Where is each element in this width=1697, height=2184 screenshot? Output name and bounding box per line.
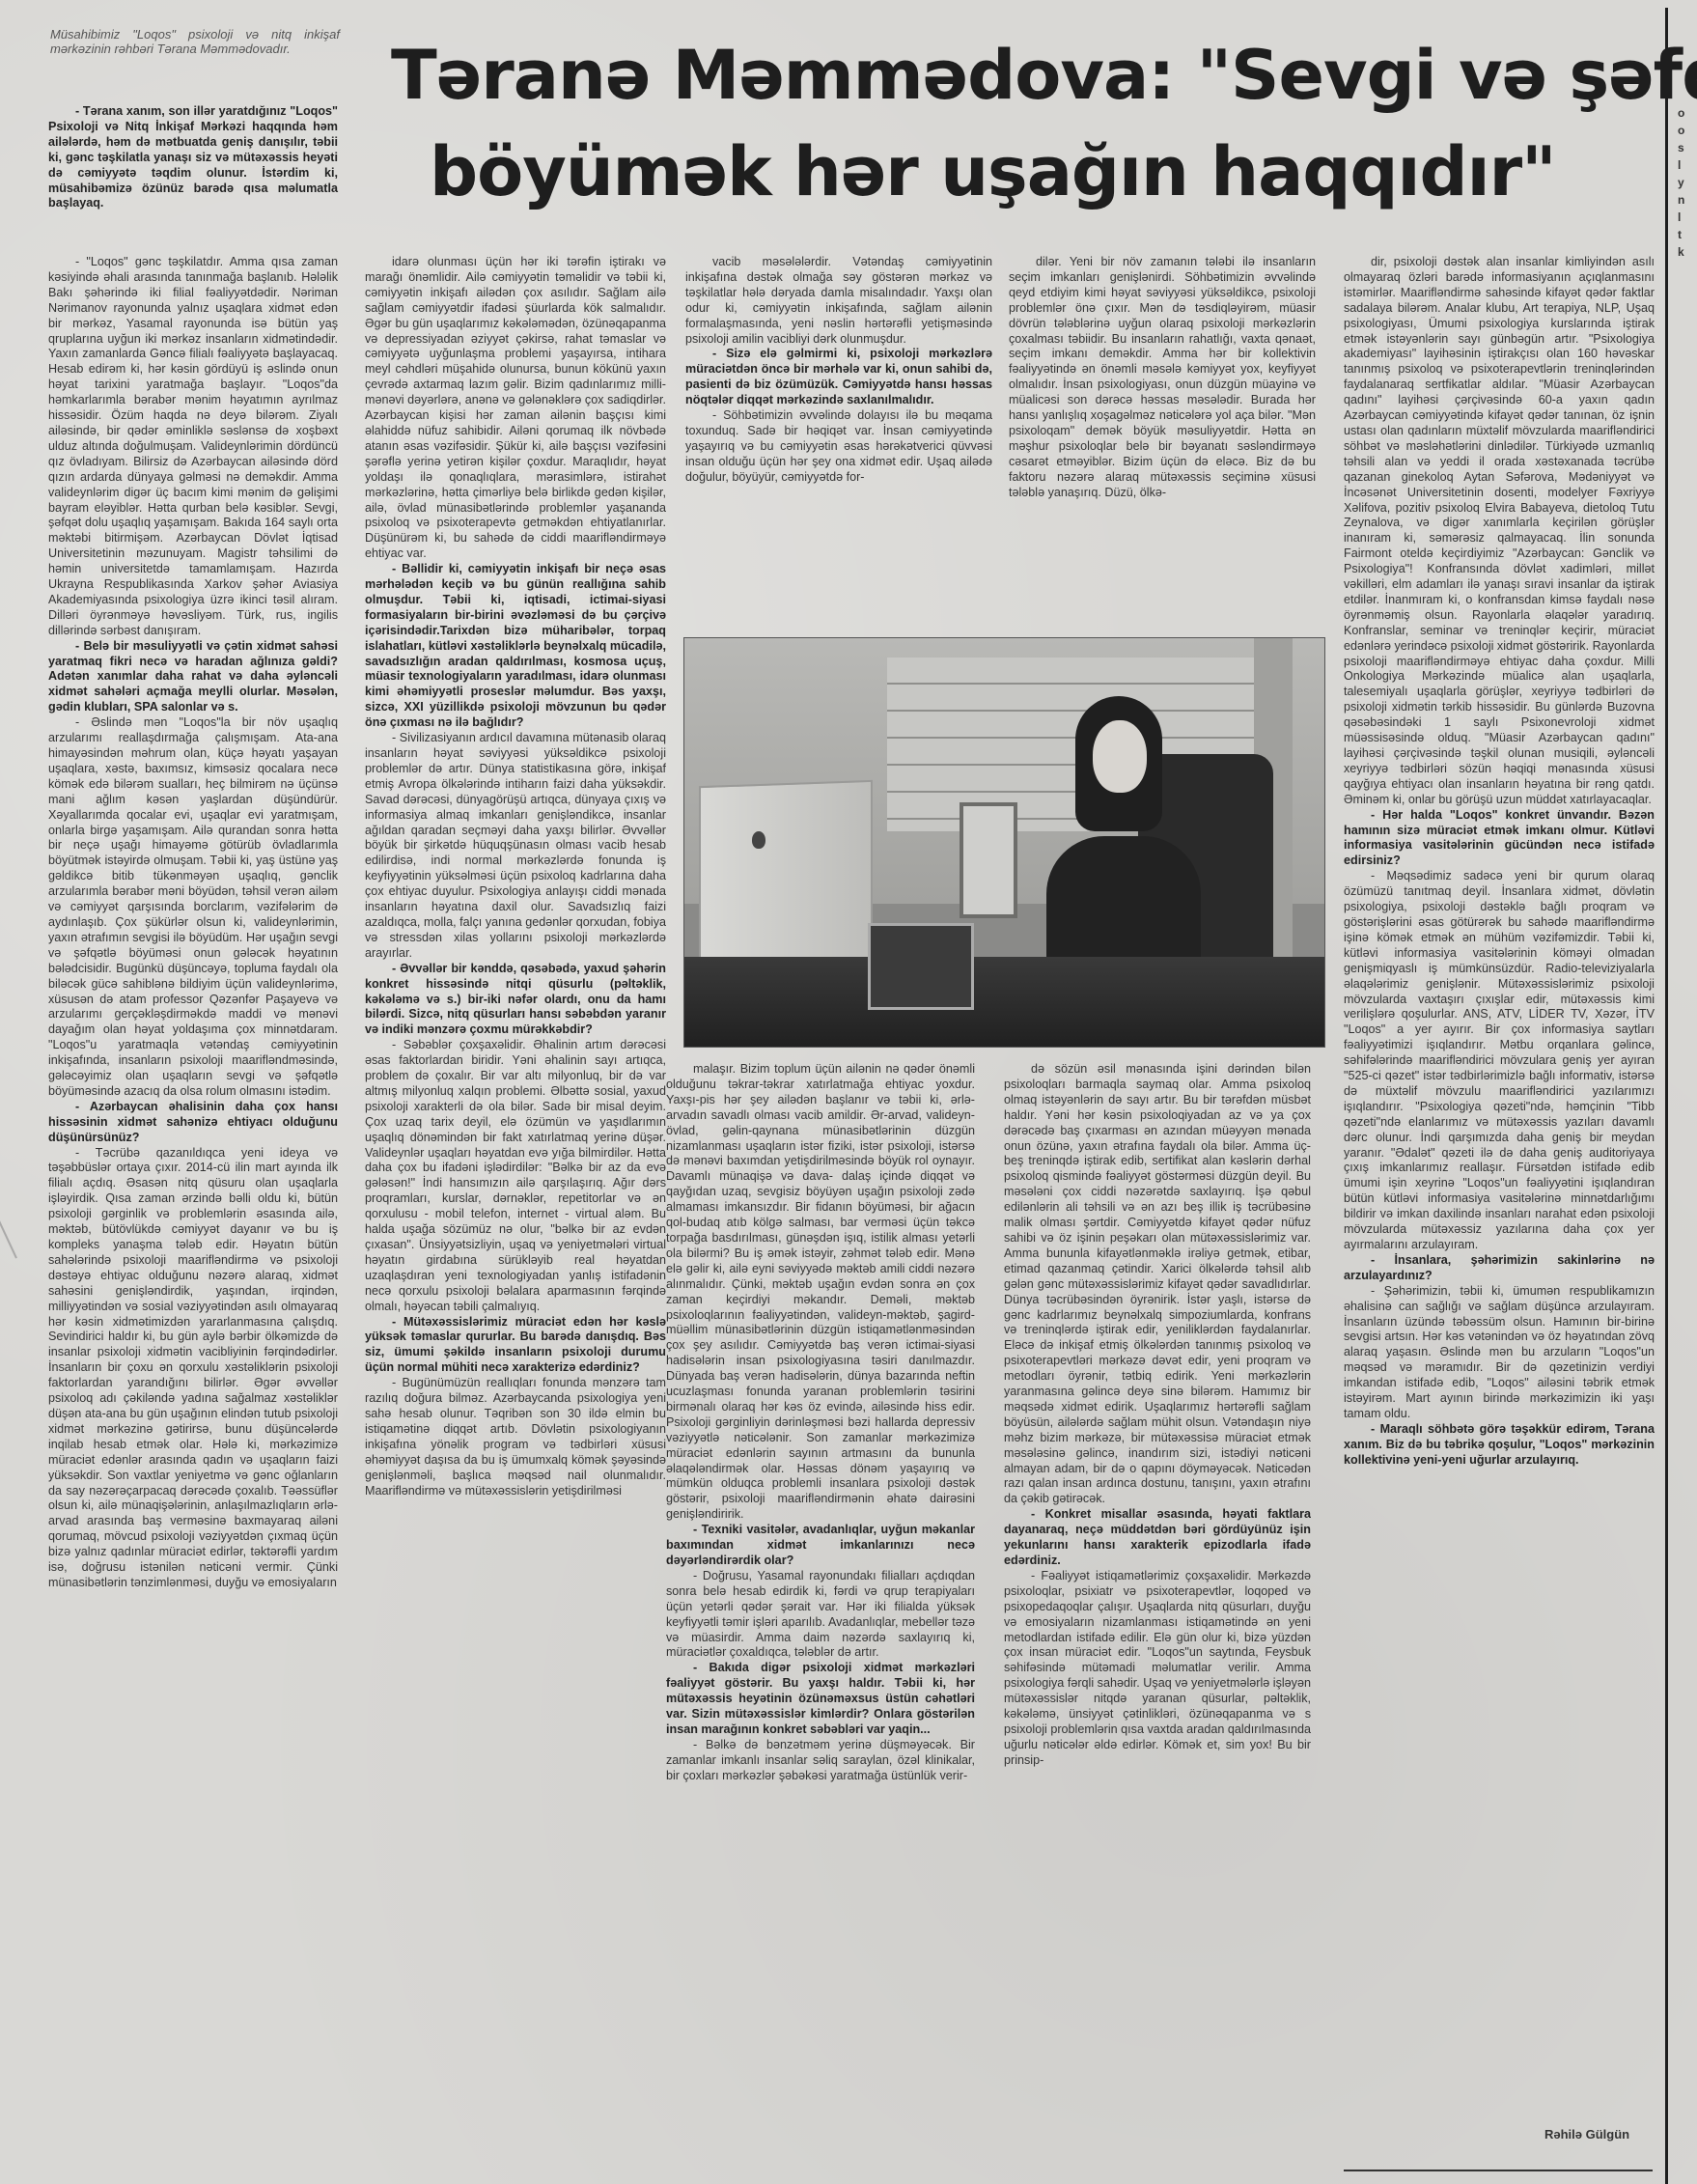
edge-letter: o [1678, 124, 1684, 137]
edge-letter: l [1678, 210, 1681, 224]
apple-logo-icon [752, 831, 765, 849]
answer-paragraph: - Bugünümüzün reallıqları fonunda mənzər… [365, 1376, 666, 1498]
newspaper-page: Müsahibimiz "Loqos" psixoloji və nitq in… [0, 0, 1697, 2184]
portrait-photo [683, 637, 1325, 1048]
column-4-bottom: də sözün əsil mənasında işini dərindən b… [1004, 1062, 1311, 2182]
edge-letter: l [1678, 158, 1681, 172]
headline: Təranə Məmmədova: "Sevgi və şəfqətlə böy… [391, 27, 1520, 220]
question-paragraph: - Əvvəllər bir kənddə, qəsəbədə, yaxud ş… [365, 962, 666, 1039]
answer-paragraph: - Sivilizasiyanın ardıcıl davamına mütən… [365, 731, 666, 962]
answer-paragraph: - Əslində mən "Loqos"la bir növ uşaqlıq … [48, 715, 338, 1100]
edge-letter: y [1678, 176, 1684, 189]
adjacent-article-edge: ooslynltk [1670, 0, 1697, 2184]
question-paragraph: - Bəllidir ki, cəmiyyətin inkişafı bir n… [365, 562, 666, 731]
answer-paragraph: malaşır. Bizim toplum üçün ailənin nə qə… [666, 1062, 975, 1523]
question-paragraph: - Azərbaycan əhalisinin daha çox hansı h… [48, 1100, 338, 1146]
answer-paragraph: - Səbəblər çoxşaxəlidir. Əhalinin artım … [365, 1038, 666, 1314]
end-rule [1344, 2170, 1653, 2171]
column-3-bottom: malaşır. Bizim toplum üçün ailənin nə qə… [666, 1062, 975, 2182]
question-paragraph: - Mütəxəssislərimiz müraciət edən hər kə… [365, 1315, 666, 1377]
answer-paragraph: - Təcrübə qazanıldıqca yeni ideya və təş… [48, 1146, 338, 1591]
column-4-top: dilər. Yeni bir növ zamanın tələbi ilə i… [1009, 255, 1316, 636]
edge-letter: n [1678, 193, 1684, 207]
answer-paragraph: - Fəaliyyət istiqamətlərimiz çoxşaxəlidi… [1004, 1569, 1311, 1769]
first-question: - Tərana xanım, son illər yaratdığınız "… [48, 104, 338, 211]
question-paragraph: - Bakıda digər psixoloji xidmət mərkəzlə… [666, 1661, 975, 1738]
question-paragraph: - Konkret misallar əsasında, həyati fakt… [1004, 1507, 1311, 1569]
answer-paragraph: idarə olunması üçün hər iki tərəfin işti… [365, 255, 666, 562]
answer-paragraph: dilər. Yeni bir növ zamanın tələbi ilə i… [1009, 255, 1316, 501]
edge-letter: t [1678, 228, 1682, 241]
edge-letter: s [1678, 141, 1684, 154]
column-2: idarə olunması üçün hər iki tərəfin işti… [365, 255, 666, 2176]
question-paragraph: - Texniki vasitələr, avadanlıqlar, uyğun… [666, 1523, 975, 1569]
answer-paragraph: vacib məsələlərdir. Vətəndaş cəmiyyətini… [685, 255, 992, 347]
intro-italic: Müsahibimiz "Loqos" psixoloji və nitq in… [50, 27, 340, 56]
column-1: - "Loqos" gənc təşkilatdır. Amma qısa za… [48, 255, 338, 2176]
answer-paragraph: - Söhbətimizin əvvəlində dolayısı ilə bu… [685, 408, 992, 486]
question-paragraph: - Belə bir məsuliyyətli və çətin xidmət … [48, 639, 338, 716]
answer-paragraph: - Şəhərimizin, təbii ki, ümumən respubli… [1344, 1284, 1655, 1422]
headline-line-1: Təranə Məmmədova: "Sevgi və şəfqətlə [391, 27, 1520, 124]
author-signature: Rəhilə Gülgün [1544, 2127, 1629, 2142]
column-5: dir, psixoloji dəstək alan insanlar kiml… [1344, 255, 1655, 2109]
answer-paragraph: - "Loqos" gənc təşkilatdır. Amma qısa za… [48, 255, 338, 639]
answer-paragraph: - Bəlkə də bənzətməm yerinə düşməyəcək. … [666, 1738, 975, 1784]
answer-paragraph: dir, psixoloji dəstək alan insanlar kiml… [1344, 255, 1655, 808]
photo-woman-face [1093, 720, 1147, 793]
answer-paragraph: - Doğrusu, Yasamal rayonundakı filiallar… [666, 1569, 975, 1661]
question-paragraph: - Tərana xanım, son illər yaratdığınız "… [48, 104, 338, 211]
edge-letter: o [1678, 106, 1684, 120]
photo-desk [684, 957, 1324, 1048]
question-paragraph: - Hər halda "Loqos" konkret ünvandır. Bə… [1344, 808, 1655, 870]
answer-paragraph: də sözün əsil mənasında işini dərindən b… [1004, 1062, 1311, 1507]
question-paragraph: - İnsanlara, şəhərimizin sakinlərinə nə … [1344, 1253, 1655, 1284]
question-paragraph: - Sizə elə gəlmirmi ki, psixoloji mərkəz… [685, 347, 992, 408]
edge-letter: k [1678, 245, 1684, 259]
question-paragraph: - Maraqlı söhbətə görə təşəkkür edirəm, … [1344, 1422, 1655, 1469]
answer-paragraph: - Məqsədimiz sadəcə yeni bir qurum olara… [1344, 869, 1655, 1253]
photo-frame-icon [960, 802, 1017, 918]
column-3-top: vacib məsələlərdir. Vətəndaş cəmiyyətini… [685, 255, 992, 636]
headline-line-2: böyümək hər uşağın haqqıdır" [391, 124, 1520, 220]
column-divider-rule [1665, 8, 1668, 2184]
photo-desk-box [868, 923, 974, 1010]
pen-mark [0, 1193, 42, 1258]
